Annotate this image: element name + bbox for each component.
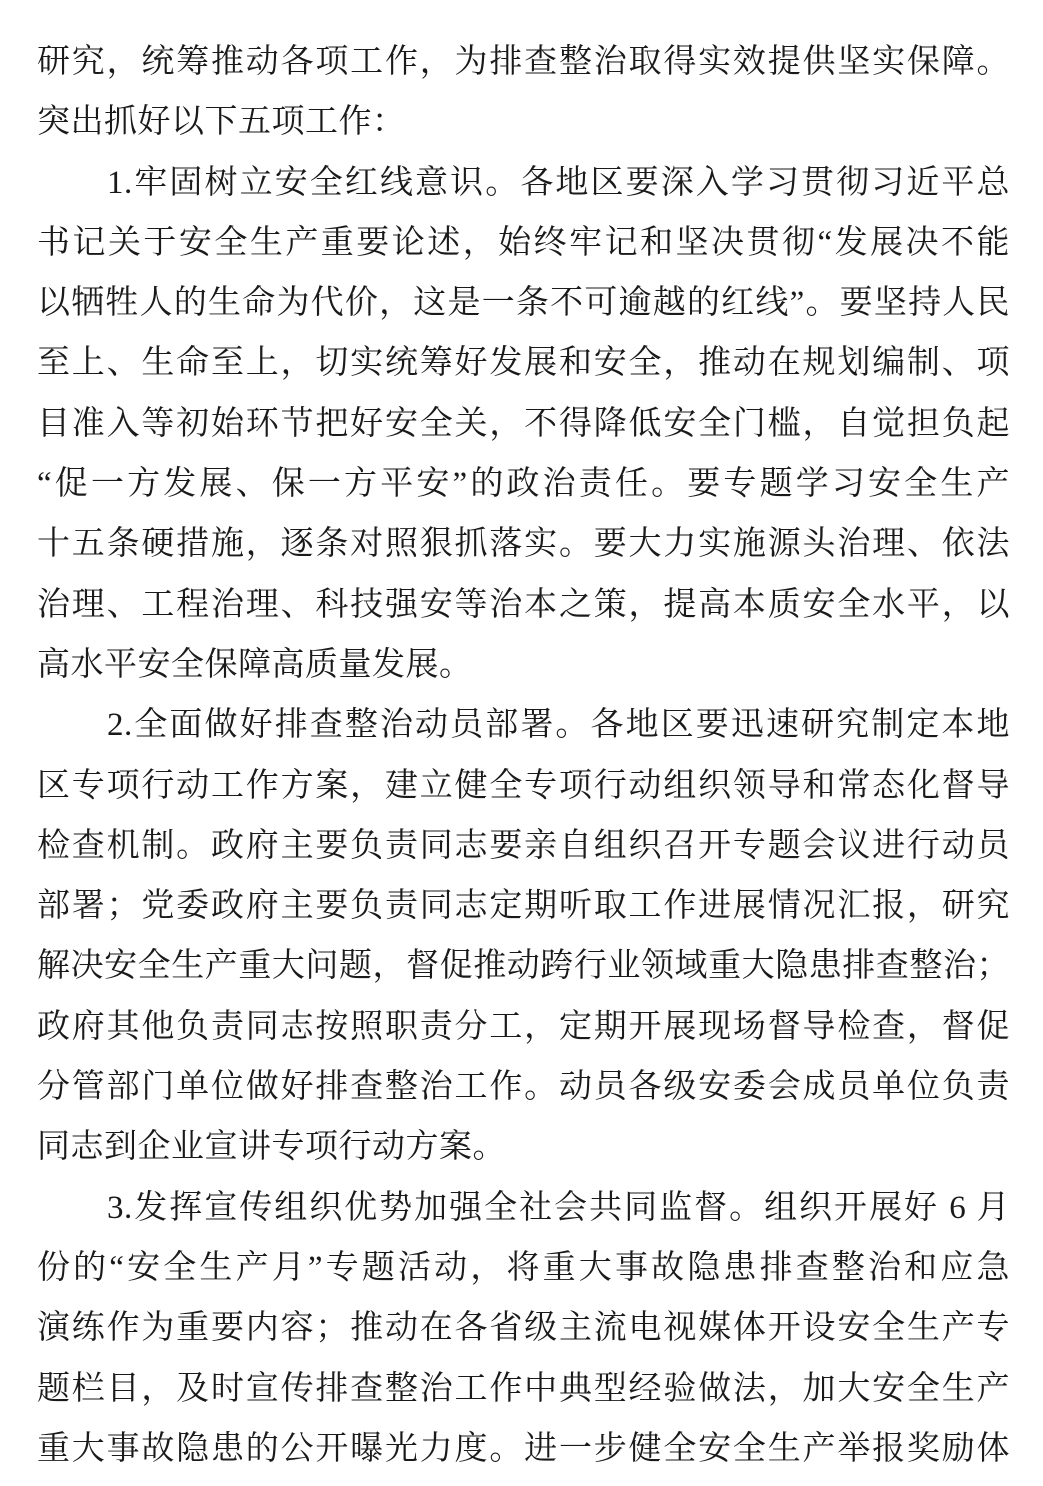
text-line: 重大事故隐患的公开曝光力度。进一步健全安全生产举报奖励体 (37, 1419, 1010, 1479)
text-line: 1.牢固树立安全红线意识。各地区要深入学习贯彻习近平总 (37, 153, 1010, 213)
text-line: 政府其他负责同志按照职责分工，定期开展现场督导检查，督促 (37, 997, 1010, 1057)
text-line: 分管部门单位做好排查整治工作。动员各级安委会成员单位负责 (37, 1057, 1010, 1117)
text-line: 以牺牲人的生命为代价，这是一条不可逾越的红线”。要坚持人民 (37, 273, 1010, 333)
text-line: 十五条硬措施，逐条对照狠抓落实。要大力实施源头治理、依法 (37, 514, 1010, 574)
text-line: 部署；党委政府主要负责同志定期听取工作进展情况汇报，研究 (37, 876, 1010, 936)
text-line: 演练作为重要内容；推动在各省级主流电视媒体开设安全生产专 (37, 1298, 1010, 1358)
text-line: 目准入等初始环节把好安全关，不得降低安全门槛，自觉担负起 (37, 394, 1010, 454)
text-line: 3.发挥宣传组织优势加强全社会共同监督。组织开展好 6 月 (37, 1178, 1010, 1238)
text-line: 突出抓好以下五项工作： (37, 92, 1010, 152)
text-line: 2.全面做好排查整治动员部署。各地区要迅速研究制定本地 (37, 695, 1010, 755)
text-line: 至上、生命至上，切实统筹好发展和安全，推动在规划编制、项 (37, 333, 1010, 393)
text-line: 书记关于安全生产重要论述，始终牢记和坚决贯彻“发展决不能 (37, 213, 1010, 273)
text-line: 高水平安全保障高质量发展。 (37, 635, 1010, 695)
text-line: 研究，统筹推动各项工作，为排查整治取得实效提供坚实保障。 (37, 32, 1010, 92)
text-line: 治理、工程治理、科技强安等治本之策，提高本质安全水平，以 (37, 575, 1010, 635)
text-line: 解决安全生产重大问题，督促推动跨行业领域重大隐患排查整治； (37, 936, 1010, 996)
text-line: 同志到企业宣讲专项行动方案。 (37, 1117, 1010, 1177)
text-line: 份的“安全生产月”专题活动，将重大事故隐患排查整治和应急 (37, 1238, 1010, 1298)
document-page: 研究，统筹推动各项工作，为排查整治取得实效提供坚实保障。突出抓好以下五项工作：1… (0, 0, 1043, 1486)
text-line: 题栏目，及时宣传排查整治工作中典型经验做法，加大安全生产 (37, 1359, 1010, 1419)
text-line: “促一方发展、保一方平安”的政治责任。要专题学习安全生产 (37, 454, 1010, 514)
text-line: 检查机制。政府主要负责同志要亲自组织召开专题会议进行动员 (37, 816, 1010, 876)
text-line: 区专项行动工作方案，建立健全专项行动组织领导和常态化督导 (37, 756, 1010, 816)
